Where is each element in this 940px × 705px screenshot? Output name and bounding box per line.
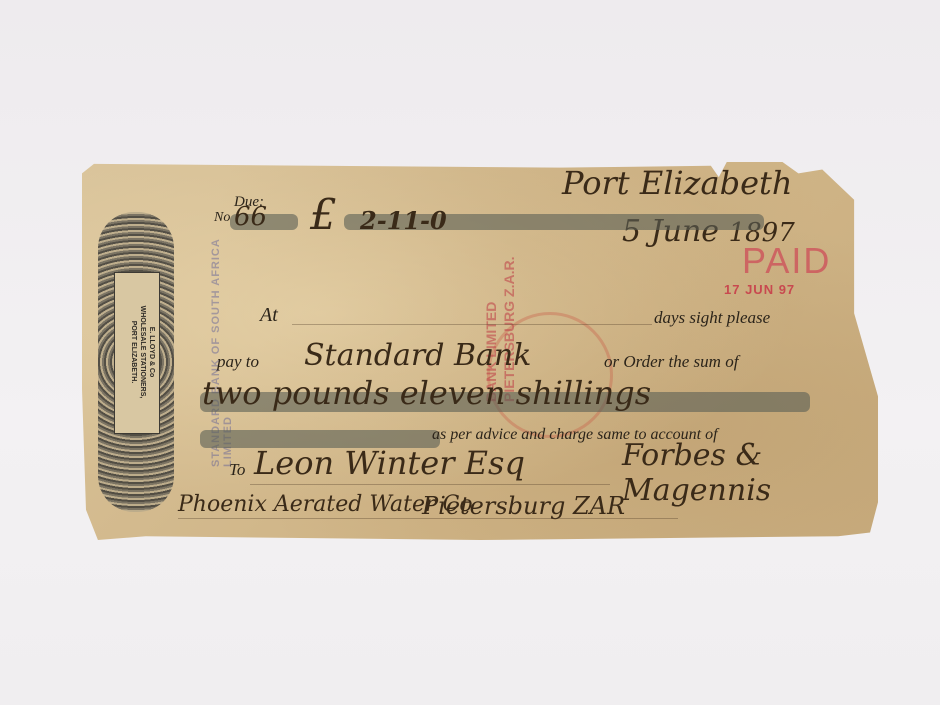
amount-in-words: two pounds eleven shillings: [202, 374, 651, 412]
to-label: To: [229, 460, 245, 480]
drawee-city: Pietersburg ZAR: [422, 492, 625, 520]
drawer-signature: Forbes & Magennis: [622, 438, 878, 508]
address-line: [178, 518, 678, 519]
place-of-issue: Port Elizabeth: [562, 164, 792, 202]
printer-imprint: E. LLOYD & Co WHOLESALE STATIONERS, PORT…: [116, 274, 156, 430]
paid-stamp: PAID: [742, 240, 831, 282]
payee-name: Standard Bank: [304, 338, 531, 373]
number-label: No: [214, 210, 230, 226]
or-order-label: or Order the sum of: [604, 352, 738, 372]
imprint-line-3: PORT ELIZABETH.: [129, 274, 138, 430]
imprint-line-1: E. LLOYD & Co: [147, 274, 156, 430]
drawee-line: [250, 484, 610, 485]
at-line: [292, 324, 652, 325]
imprint-line-2: WHOLESALE STATIONERS,: [138, 274, 147, 430]
cheque-document: E. LLOYD & Co WHOLESALE STATIONERS, PORT…: [82, 162, 878, 540]
amount-symbol: £: [310, 190, 337, 239]
paid-stamp-date: 17 JUN 97: [724, 282, 795, 297]
cheque-number: 66: [234, 202, 267, 232]
drawee-name: Leon Winter Esq: [254, 444, 525, 482]
amount-figures: 2-11-0: [360, 206, 447, 235]
pay-to-label: pay to: [217, 352, 259, 372]
blue-bank-stamp: STANDARD BANK OF SOUTH AFRICA LIMITED: [210, 207, 280, 467]
at-label: At: [260, 304, 278, 327]
days-sight-label: days sight please: [654, 308, 770, 328]
